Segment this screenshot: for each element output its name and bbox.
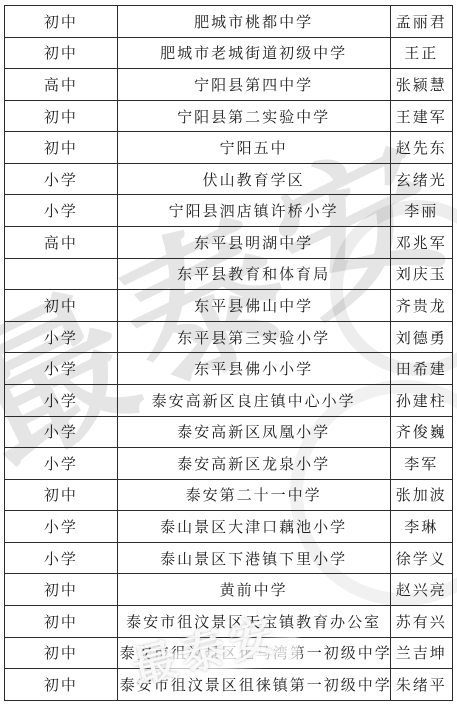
table-row: 小学 东平县第三实验小学 刘德勇	[5, 321, 453, 353]
table-row: 小学 泰安高新区凤凰小学 齐俊巍	[5, 416, 453, 448]
school-name-cell: 泰安高新区良庄镇中心小学	[117, 384, 390, 416]
school-name-cell: 宁阳县第四中学	[117, 69, 390, 101]
school-level-cell: 初中	[5, 6, 118, 38]
person-name-cell: 苏有兴	[390, 605, 452, 637]
school-name-cell: 肥城市老城街道初级中学	[117, 37, 390, 69]
person-name-cell: 李丽	[390, 195, 452, 227]
school-name-cell: 东平县教育和体育局	[117, 258, 390, 290]
school-level-cell: 初中	[5, 132, 118, 164]
school-level-cell: 小学	[5, 511, 118, 543]
school-name-cell: 泰山景区下港镇下里小学	[117, 542, 390, 574]
table-row: 初中 宁阳五中 赵先东	[5, 132, 453, 164]
person-name-cell: 兰吉坤	[390, 637, 452, 669]
person-name-cell: 齐贵龙	[390, 290, 452, 322]
table-row: 初中 泰安市徂汶景区天宝镇教育办公室 苏有兴	[5, 605, 453, 637]
person-name-cell: 朱绪平	[390, 669, 452, 701]
school-name-cell: 东平县佛小小学	[117, 353, 390, 385]
school-name-cell: 泰安市徂汶景区徂徕镇第一初级中学	[117, 669, 390, 701]
table-row: 初中 肥城市老城街道初级中学 王正	[5, 37, 453, 69]
school-level-cell: 小学	[5, 321, 118, 353]
person-name-cell: 玄绪光	[390, 163, 452, 195]
table-row: 高中 宁阳县第四中学 张颍慧	[5, 69, 453, 101]
school-level-cell: 初中	[5, 605, 118, 637]
table-row: 小学 伏山教育学区 玄绪光	[5, 163, 453, 195]
school-name-cell: 伏山教育学区	[117, 163, 390, 195]
school-level-cell: 初中	[5, 290, 118, 322]
table-row: 初中 宁阳县第二实验中学 王建军	[5, 100, 453, 132]
school-level-cell: 高中	[5, 227, 118, 259]
person-name-cell: 张加波	[390, 479, 452, 511]
table-row: 初中 东平县佛山中学 齐贵龙	[5, 290, 453, 322]
school-level-cell: 小学	[5, 416, 118, 448]
school-level-cell: 初中	[5, 669, 118, 701]
school-level-cell: 初中	[5, 37, 118, 69]
table-row: 小学 泰山景区大津口藕池小学 李琳	[5, 511, 453, 543]
table-row: 初中 泰安市徂汶景区徂徕镇第一初级中学 朱绪平	[5, 669, 453, 701]
school-name-cell: 东平县明湖中学	[117, 227, 390, 259]
school-name-cell: 东平县佛山中学	[117, 290, 390, 322]
person-name-cell: 赵兴亮	[390, 574, 452, 606]
school-name-cell: 泰安高新区龙泉小学	[117, 448, 390, 480]
school-name-cell: 宁阳五中	[117, 132, 390, 164]
person-name-cell: 李琳	[390, 511, 452, 543]
school-level-cell: 初中	[5, 637, 118, 669]
person-name-cell: 李军	[390, 448, 452, 480]
school-level-cell: 小学	[5, 353, 118, 385]
person-name-cell: 田希建	[390, 353, 452, 385]
school-name-cell: 黄前中学	[117, 574, 390, 606]
person-name-cell: 刘庆玉	[390, 258, 452, 290]
person-name-cell: 邓兆军	[390, 227, 452, 259]
table-row: 初中 泰安第二十一中学 张加波	[5, 479, 453, 511]
school-name-cell: 泰安市徂汶景区化马湾第一初级中学	[117, 637, 390, 669]
school-level-cell: 小学	[5, 448, 118, 480]
person-name-cell: 王建军	[390, 100, 452, 132]
table-row: 初中 泰安市徂汶景区化马湾第一初级中学 兰吉坤	[5, 637, 453, 669]
school-name-cell: 泰山景区大津口藕池小学	[117, 511, 390, 543]
table-row: 小学 泰山景区下港镇下里小学 徐学义	[5, 542, 453, 574]
school-name-cell: 宁阳县第二实验中学	[117, 100, 390, 132]
person-name-cell: 张颍慧	[390, 69, 452, 101]
school-name-cell: 肥城市桃都中学	[117, 6, 390, 38]
school-level-cell: 小学	[5, 195, 118, 227]
table-row: 初中 肥城市桃都中学 孟丽君	[5, 6, 453, 38]
person-name-cell: 刘德勇	[390, 321, 452, 353]
table-row: 小学 东平县佛小小学 田希建	[5, 353, 453, 385]
school-level-cell: 初中	[5, 574, 118, 606]
table-row: 东平县教育和体育局 刘庆玉	[5, 258, 453, 290]
table-row: 小学 泰安高新区良庄镇中心小学 孙建柱	[5, 384, 453, 416]
person-name-cell: 齐俊巍	[390, 416, 452, 448]
school-level-cell: 小学	[5, 542, 118, 574]
table-row: 小学 宁阳县泗店镇许桥小学 李丽	[5, 195, 453, 227]
person-name-cell: 孟丽君	[390, 6, 452, 38]
school-name-cell: 泰安市徂汶景区天宝镇教育办公室	[117, 605, 390, 637]
school-level-cell: 初中	[5, 100, 118, 132]
person-name-cell: 孙建柱	[390, 384, 452, 416]
school-level-cell: 小学	[5, 384, 118, 416]
person-name-cell: 王正	[390, 37, 452, 69]
school-name-cell: 泰安第二十一中学	[117, 479, 390, 511]
school-level-cell: 高中	[5, 69, 118, 101]
school-name-cell: 东平县第三实验小学	[117, 321, 390, 353]
school-level-cell	[5, 258, 118, 290]
school-roster-table: 初中 肥城市桃都中学 孟丽君 初中 肥城市老城街道初级中学 王正 高中 宁阳县第…	[4, 5, 453, 701]
school-level-cell: 小学	[5, 163, 118, 195]
school-level-cell: 初中	[5, 479, 118, 511]
table-body: 初中 肥城市桃都中学 孟丽君 初中 肥城市老城街道初级中学 王正 高中 宁阳县第…	[5, 6, 453, 701]
person-name-cell: 徐学义	[390, 542, 452, 574]
school-name-cell: 泰安高新区凤凰小学	[117, 416, 390, 448]
person-name-cell: 赵先东	[390, 132, 452, 164]
table-row: 初中 黄前中学 赵兴亮	[5, 574, 453, 606]
table-row: 高中 东平县明湖中学 邓兆军	[5, 227, 453, 259]
school-name-cell: 宁阳县泗店镇许桥小学	[117, 195, 390, 227]
table-row: 小学 泰安高新区龙泉小学 李军	[5, 448, 453, 480]
